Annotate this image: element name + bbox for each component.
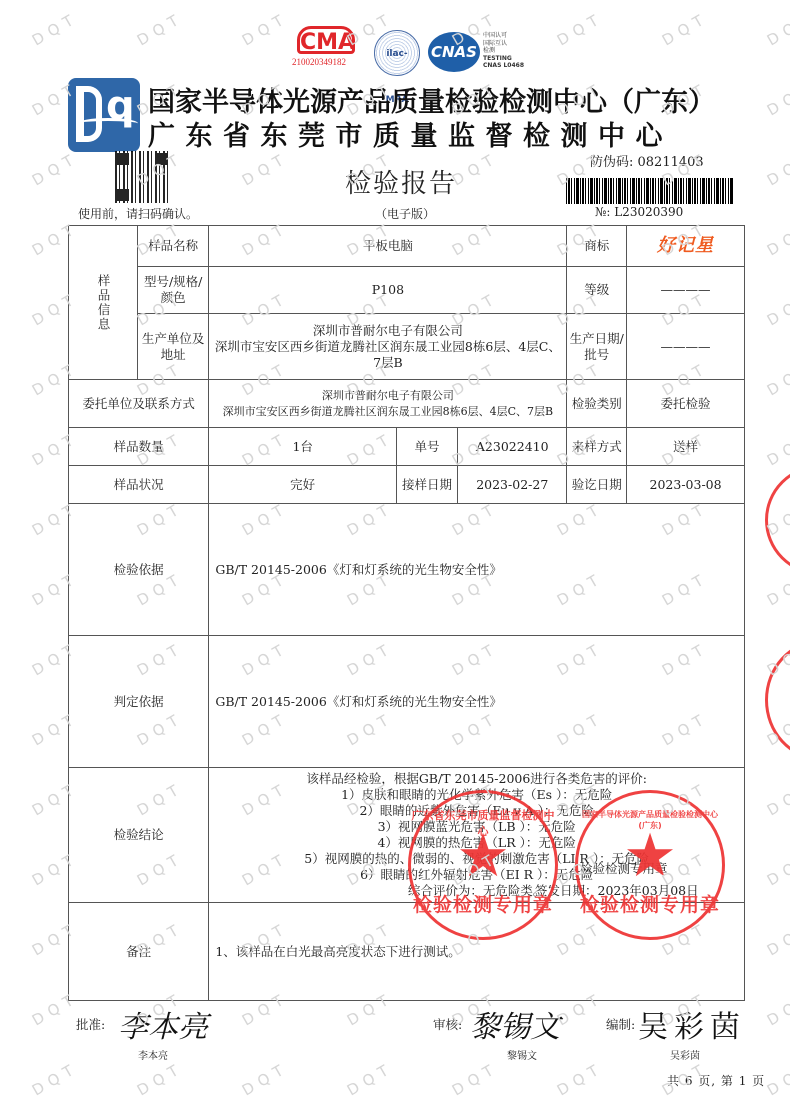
compile-signature: 吴彩茵 [638, 1002, 746, 1046]
trademark-label: 商标 [567, 226, 627, 267]
qty-label: 样品数量 [69, 428, 209, 466]
watermark-text: DQT [764, 779, 790, 820]
table-row: 样品信息 样品名称 平板电脑 商标 好记星 [69, 226, 745, 267]
brand-logo: 好记星 [657, 235, 714, 256]
grade-value: ———— [627, 267, 745, 314]
inspect-type-value: 委托检验 [627, 380, 745, 428]
qr-note: 使用前，请扫码确认。 [78, 205, 198, 222]
dqt-logo-q: q [106, 86, 132, 142]
dqt-logo-swoosh [78, 118, 138, 129]
cnas-logo: CNAS [428, 32, 480, 72]
client-address: 深圳市宝安区西乡街道龙腾社区润东晟工业园8栋6层、4层C、7层B [211, 404, 564, 420]
basis-label: 检验依据 [69, 504, 209, 636]
delivery-value: 送样 [627, 428, 745, 466]
seal-edge-top [765, 465, 790, 575]
table-row: 型号/规格/颜色 P108 等级 ———— [69, 267, 745, 314]
delivery-label: 来样方式 [567, 428, 627, 466]
finish-date-label: 验讫日期 [567, 466, 627, 504]
dqt-logo-d [76, 86, 102, 142]
table-row: 生产单位及地址 深圳市普耐尔电子有限公司 深圳市宝安区西乡街道龙腾社区润东晟工业… [69, 314, 745, 380]
watermark-text: DQT [764, 149, 790, 190]
conclusion-line: 该样品经检验，根据GB/T 20145-2006进行各类危害的评价: [213, 771, 740, 787]
org-name-secondary: 广东省东莞市质量监督检测中心 [148, 114, 673, 153]
watermark-text: DQT [239, 149, 292, 190]
cma-logo: CMA [297, 26, 355, 54]
watermark-text: DQT [134, 1059, 187, 1100]
review-label: 审核: [433, 1015, 462, 1033]
watermark-text: DQT [239, 1059, 292, 1100]
model-value: P108 [209, 267, 567, 314]
manufacturer-value: 深圳市普耐尔电子有限公司 深圳市宝安区西乡街道龙腾社区润东晟工业园8栋6层、4层… [209, 314, 567, 380]
manufacturer-label: 生产单位及地址 [138, 314, 209, 380]
watermark-text: DQT [134, 9, 187, 50]
seal-bottom-text: 检验检测专用章 [411, 890, 555, 917]
watermark-text: DQT [764, 359, 790, 400]
watermark-text: DQT [29, 9, 82, 50]
watermark-text: DQT [449, 1059, 502, 1100]
model-label: 型号/规格/颜色 [138, 267, 209, 314]
conclusion-label: 检验结论 [69, 768, 209, 903]
watermark-text: DQT [29, 1059, 82, 1100]
sample-info-label: 样品信息 [69, 226, 138, 380]
page-info: 共 6 页, 第 1 页 [667, 1072, 765, 1089]
watermark-text: DQT [764, 9, 790, 50]
watermark-text: DQT [764, 989, 790, 1030]
judge-label: 判定依据 [69, 636, 209, 768]
order-no-label: 单号 [397, 428, 458, 466]
watermark-text: DQT [764, 289, 790, 330]
client-label: 委托单位及联系方式 [69, 380, 209, 428]
order-no-value: A23022410 [458, 428, 567, 466]
watermark-text: DQT [764, 79, 790, 120]
seal-bottom-text: 检验检测专用章 [578, 890, 722, 917]
basis-value: GB/T 20145-2006《灯和灯系统的光生物安全性》 [209, 504, 745, 636]
judge-value: GB/T 20145-2006《灯和灯系统的光生物安全性》 [209, 636, 745, 768]
qr-code[interactable] [115, 151, 170, 203]
sample-name-value: 平板电脑 [209, 226, 567, 267]
qty-value: 1台 [209, 428, 397, 466]
table-row: 判定依据 GB/T 20145-2006《灯和灯系统的光生物安全性》 [69, 636, 745, 768]
condition-value: 完好 [209, 466, 397, 504]
manufacturer-name: 深圳市普耐尔电子有限公司 [211, 323, 564, 339]
table-row: 样品状况 完好 接样日期 2023-02-27 验讫日期 2023-03-08 [69, 466, 745, 504]
remarks-label: 备注 [69, 903, 209, 1001]
review-signature: 黎锡文 [470, 1002, 560, 1046]
seal-national-center: 国家半导体光源产品质量检验检测中心(广东) ★ 检验检测专用章 [575, 790, 725, 940]
sample-name-label: 样品名称 [138, 226, 209, 267]
approve-name: 李本亮 [138, 1047, 168, 1062]
watermark-text: DQT [764, 1059, 790, 1100]
watermark-text: DQT [764, 919, 790, 960]
watermark-text: DQT [239, 9, 292, 50]
watermark-text: DQT [554, 9, 607, 50]
dqt-logo: q [68, 78, 140, 152]
watermark-text: DQT [344, 1059, 397, 1100]
edition-label: （电子版） [375, 205, 435, 222]
watermark-text: DQT [659, 9, 712, 50]
watermark-text: DQT [554, 1059, 607, 1100]
approve-signature: 李本亮 [118, 1002, 208, 1046]
report-title: 检验报告 [345, 163, 457, 200]
receive-date-label: 接样日期 [397, 466, 458, 504]
star-icon: ★ [456, 826, 510, 886]
grade-label: 等级 [567, 267, 627, 314]
table-row: 样品数量 1台 单号 A23022410 来样方式 送样 [69, 428, 745, 466]
approve-label: 批准: [76, 1015, 105, 1033]
production-date-label: 生产日期/批号 [567, 314, 627, 380]
review-name: 黎锡文 [507, 1047, 537, 1062]
compile-label: 编制: [606, 1015, 635, 1033]
seal-edge-bottom [765, 640, 790, 760]
watermark-text: DQT [764, 849, 790, 890]
client-name: 深圳市普耐尔电子有限公司 [211, 388, 564, 404]
client-value: 深圳市普耐尔电子有限公司 深圳市宝安区西乡街道龙腾社区润东晟工业园8栋6层、4层… [209, 380, 567, 428]
watermark-text: DQT [764, 569, 790, 610]
seal-dongguan: 广东省东莞市质量监督检测中心 ★ 检验检测专用章 [408, 790, 558, 940]
watermark-text: DQT [764, 219, 790, 260]
watermark-text: DQT [764, 429, 790, 470]
ilac-mra-logo: ilac-MRA [374, 30, 420, 76]
star-icon: ★ [623, 826, 677, 886]
table-row: 委托单位及联系方式 深圳市普耐尔电子有限公司 深圳市宝安区西乡街道龙腾社区润东晟… [69, 380, 745, 428]
compile-name: 吴彩茵 [670, 1047, 700, 1062]
finish-date-value: 2023-03-08 [627, 466, 745, 504]
table-row: 检验依据 GB/T 20145-2006《灯和灯系统的光生物安全性》 [69, 504, 745, 636]
watermark-text: DQT [29, 149, 82, 190]
cma-number: 210020349182 [292, 57, 346, 67]
manufacturer-address: 深圳市宝安区西乡街道龙腾社区润东晟工业园8栋6层、4层C、7层B [211, 339, 564, 371]
report-number: №: L23020390 [595, 205, 683, 219]
production-date-value: ———— [627, 314, 745, 380]
anti-fake-code: 防伪码: 08211403 [590, 151, 704, 170]
trademark-value: 好记星 [627, 226, 745, 267]
condition-label: 样品状况 [69, 466, 209, 504]
barcode [566, 178, 734, 204]
cnas-text: 中国认可 国际互认 检测 TESTING CNAS L0468 [483, 32, 524, 70]
receive-date-value: 2023-02-27 [458, 466, 567, 504]
inspect-type-label: 检验类别 [567, 380, 627, 428]
